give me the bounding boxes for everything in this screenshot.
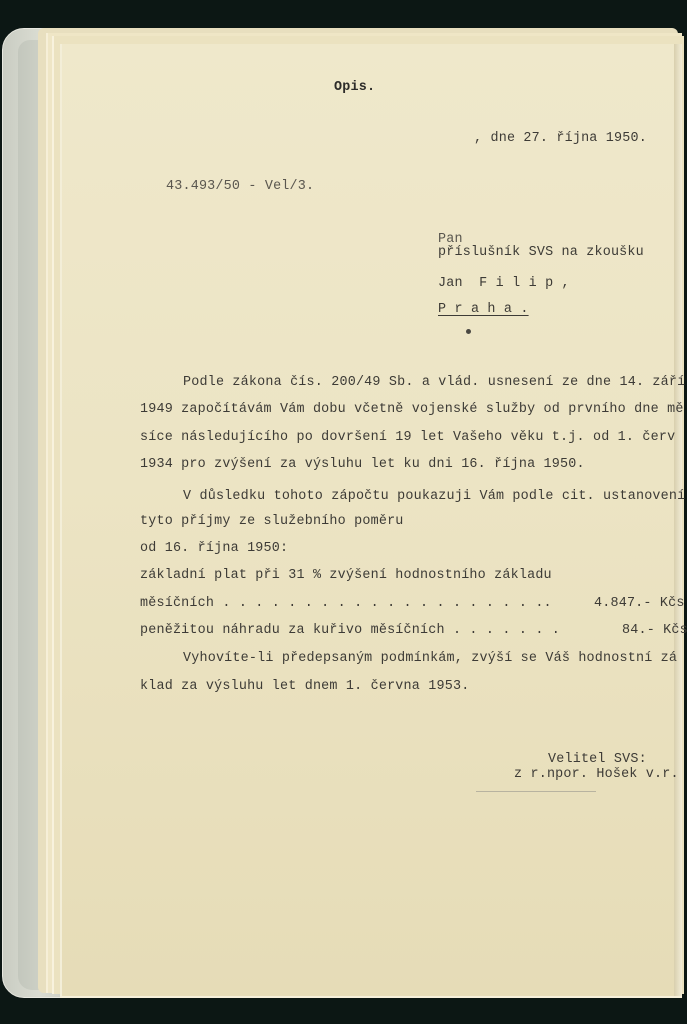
reference-number: 43.493/50 - Vel/3. xyxy=(166,179,314,194)
tobacco-item-amount: 84.- Kčs. xyxy=(622,623,687,638)
signature-line xyxy=(476,791,596,792)
recipient-city: P r a h a . xyxy=(438,302,529,317)
para2-line4: základní plat při 31 % zvýšení hodnostní… xyxy=(140,568,552,583)
salary-item-label: měsíčních . . . . . . . . . . . . . . . … xyxy=(140,596,560,611)
recipient-name: Jan F i l i p , xyxy=(438,276,570,291)
document-heading: Opis. xyxy=(334,80,375,95)
para3-line2: klad za výsluhu let dnem 1. června 1953. xyxy=(140,679,469,694)
recipient-title: příslušník SVS na zkoušku xyxy=(438,245,644,260)
para1-line2: 1949 započítávám Vám dobu včetně vojensk… xyxy=(140,402,684,417)
ink-dot xyxy=(466,329,471,334)
para1-line3: síce následujícího po dovršení 19 let Va… xyxy=(140,430,675,445)
page-edge-shadow xyxy=(674,44,682,996)
salary-item-amount: 4.847.- Kčs xyxy=(594,596,685,611)
signature-role: Velitel SVS: xyxy=(548,752,647,767)
date-line: , dne 27. října 1950. xyxy=(474,131,647,146)
tobacco-item-label: peněžitou náhradu za kuřivo měsíčních . … xyxy=(140,623,585,638)
para2-line3: od 16. října 1950: xyxy=(140,541,288,556)
para2-line2: tyto příjmy ze služebního poměru xyxy=(140,514,404,529)
para1-line4: 1934 pro zvýšení za výsluhu let ku dni 1… xyxy=(140,457,585,472)
para1-line1: Podle zákona čís. 200/49 Sb. a vlád. usn… xyxy=(183,375,685,390)
para2-line1: V důsledku tohoto zápočtu poukazuji Vám … xyxy=(183,489,685,504)
para3-line1: Vyhovíte-li předepsaným podmínkám, zvýší… xyxy=(183,651,677,666)
signature-signer: z r.npor. Hošek v.r. xyxy=(514,767,679,782)
